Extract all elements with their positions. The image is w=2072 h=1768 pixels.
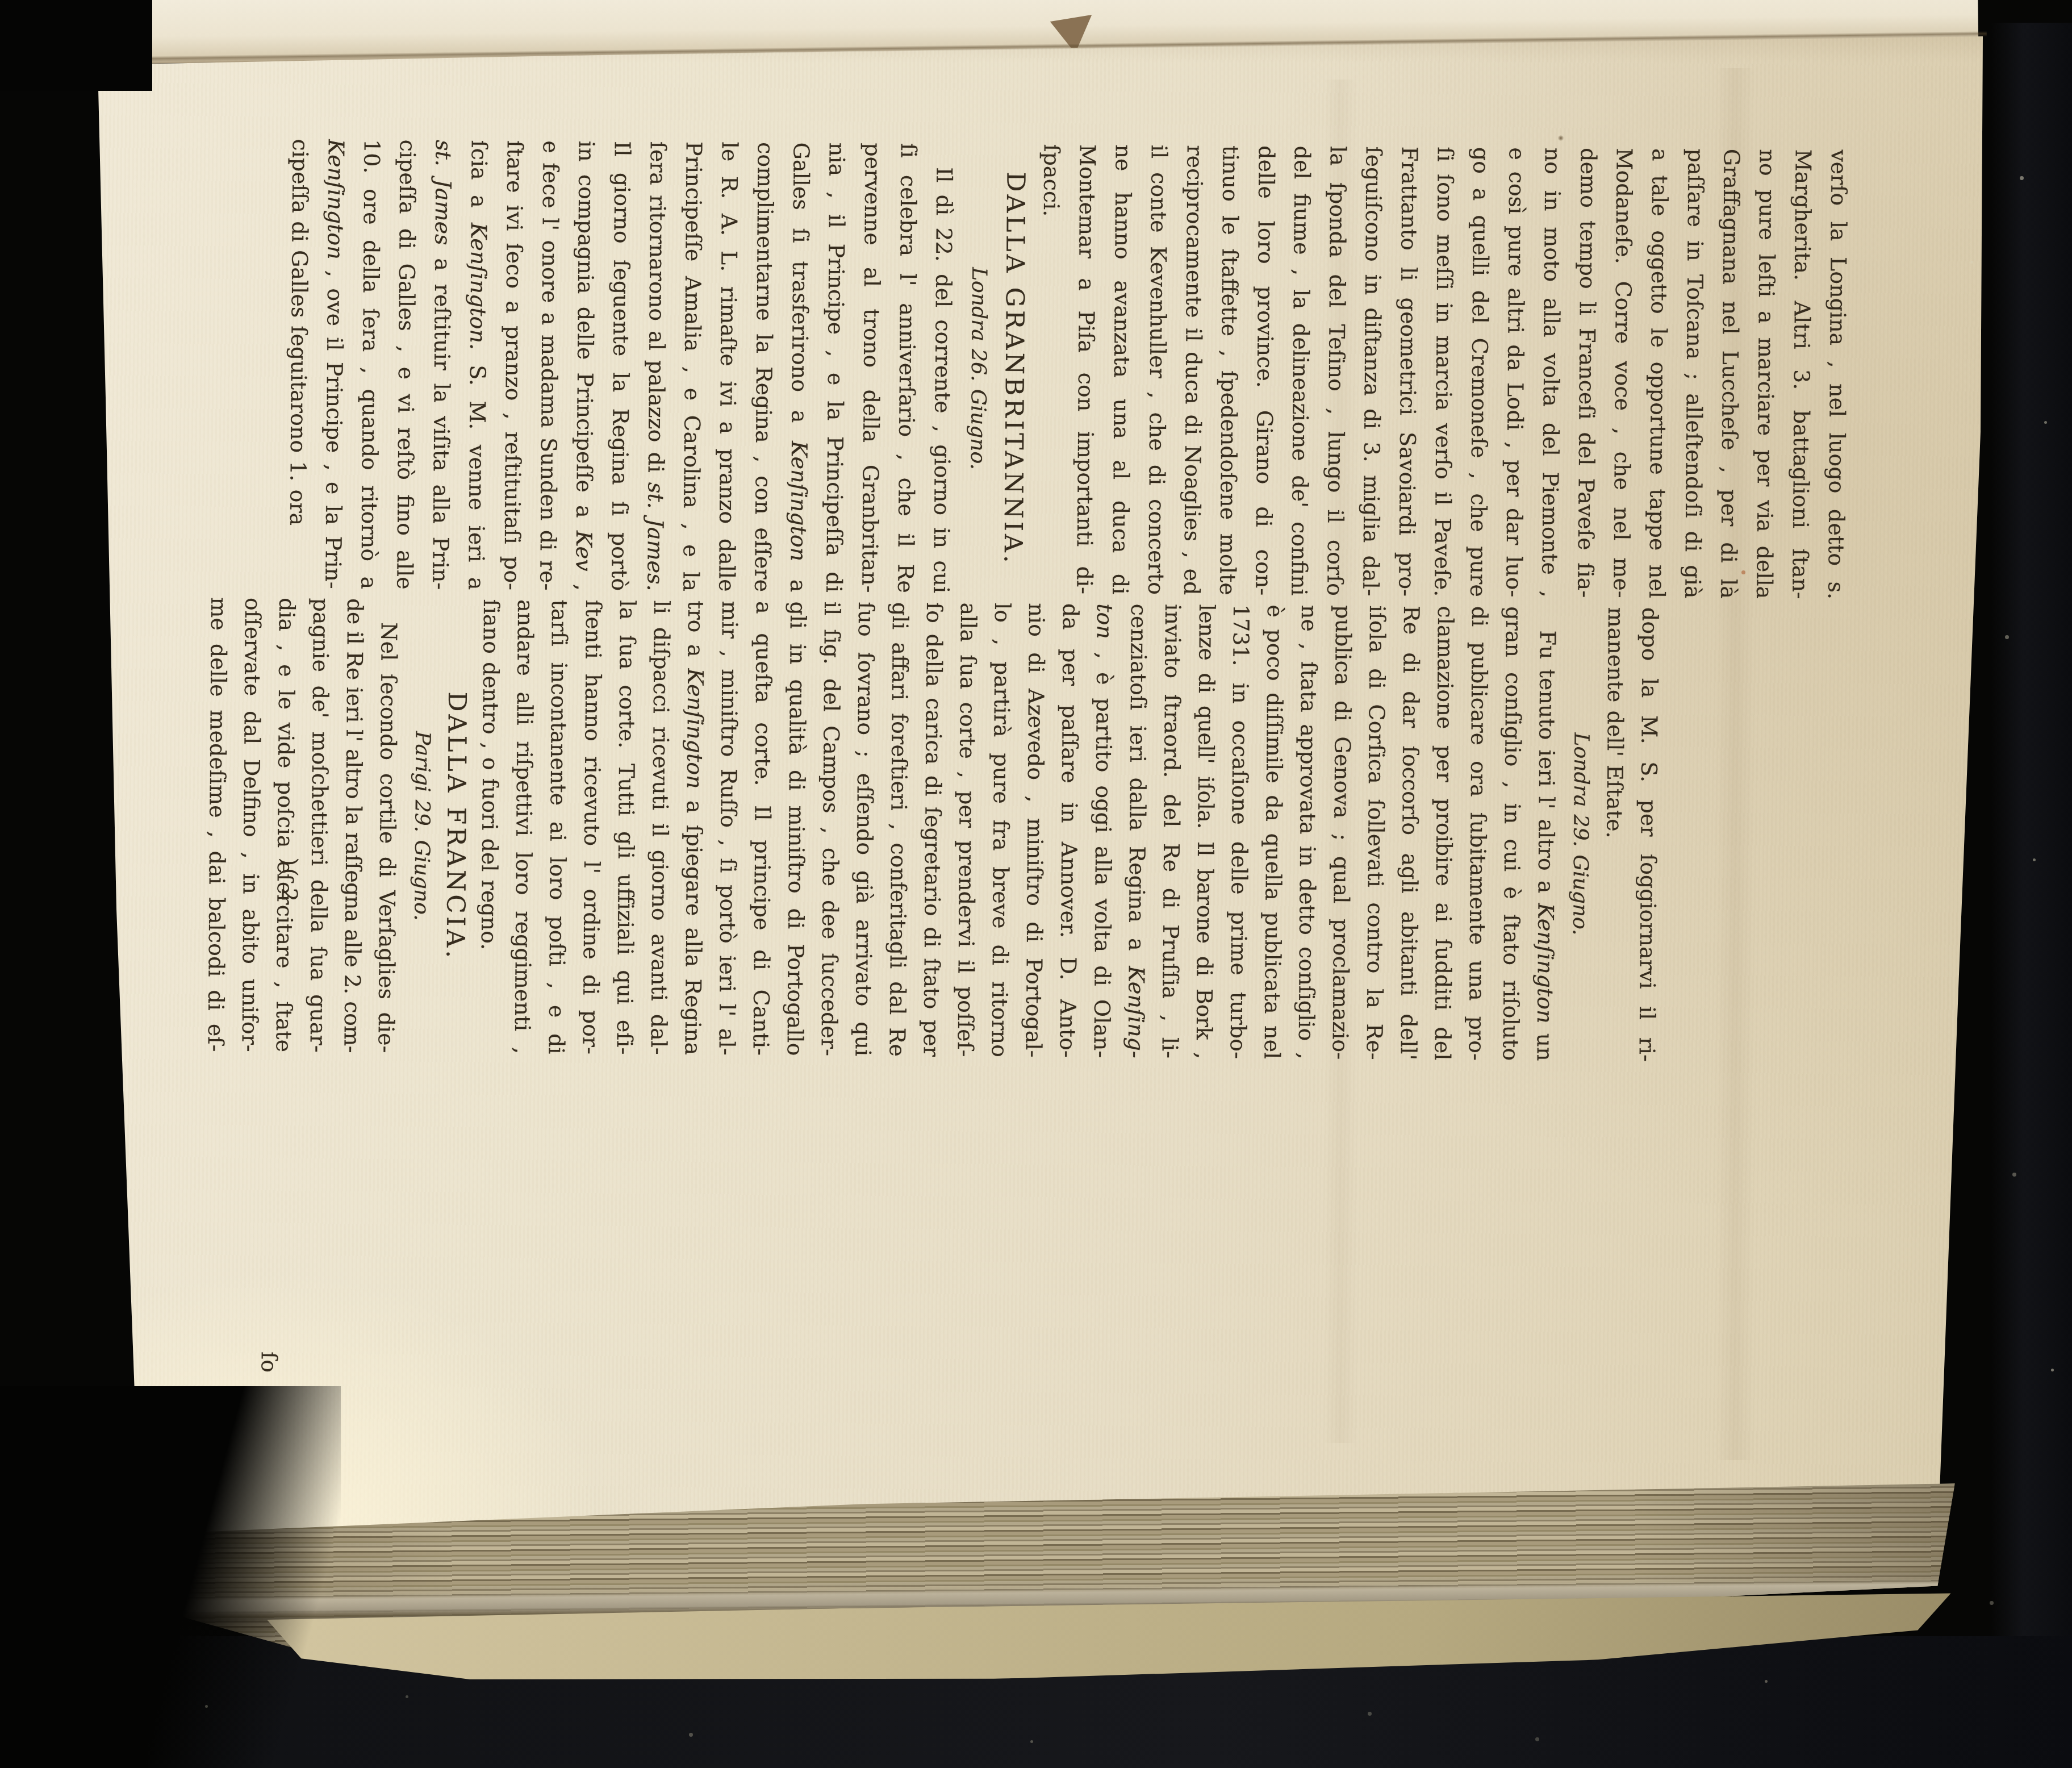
text-line: no in moto alla volta del Piemonte , [1531,148,1570,598]
text-line: il conte Kevenhuller , che di concerto [1138,145,1177,595]
text-line: ſi celebra l' anniverſario , che il Re [887,143,926,593]
text-line: e fece l' onore a madama Sunden di re- [529,140,569,590]
text-line: lenze di quell' iſola. Il barone di Bork… [1187,604,1225,1058]
text-line: dopo la M. S. per ſoggiornarvi il ri- [1630,607,1667,1062]
text-line: gli affari foreſtieri , conferitagli dal… [880,602,918,1057]
text-line: delle loro province. Girano di con- [1245,145,1284,595]
text-line: gli in qualità di miniſtro di Portogallo [778,601,816,1056]
text-line: le R. A. L. rimaſte ivi a pranzo dalle [708,141,747,591]
text-line: tinuo le ſtaffette , ſpedendoſene molte [1209,145,1248,595]
text-line: paſſare in Toſcana ; alleſtendoſi di già [1674,148,1714,598]
text-line: tarſi incontanente ai loro poſti , e di [540,599,577,1054]
text-line: Kenſington , ove il Principe , e la Prin… [315,139,354,589]
text-line: Modaneſe. Corre voce , che nel me- [1603,148,1642,598]
text-line: ne , ſtata approvata in detto conſiglio … [1289,605,1326,1060]
left-text-column: verſo la Longina , nel luogo detto s.Mar… [279,139,1856,599]
text-line: nia , il Principe , e la Principeſſa di [816,143,855,593]
text-line: Galles ſi trasferirono a Kenſington a [780,142,819,592]
text-line: di publicare ora ſubitamente una pro- [1459,606,1497,1061]
text-line: cenziatoſi ieri dalla Regina a Kenſing- [1119,603,1156,1058]
text-line: 1731. in occaſione delle prime turbo- [1221,604,1259,1059]
text-line: Principeſſe Amalia , e Carolina , e la [672,141,712,591]
text-line: clamazione per proibire ai ſudditi del [1425,606,1463,1060]
text-line: ſo della carica di ſegretario di ſtato p… [914,602,952,1057]
signature-mark: )( 2 [277,857,302,904]
text-line: pagnie de' moſchettieri della ſua guar- [301,598,339,1052]
text-line: andare alli riſpettivi loro reggimenti , [506,599,543,1054]
text-line: me delle medeſime , dai balcodi di eſ- [199,597,236,1052]
text-line: Margherita. Altri 3. battaglioni ſtan- [1782,149,1821,599]
text-line: il ſig. del Campos , che dee ſucceder- [812,602,850,1056]
text-line: è poco diſſimile da quella publicata nel [1255,604,1292,1059]
text-line: da per paſſare in Annover. D. Anto- [1051,603,1088,1058]
text-line: pervenne al trono della Granbritan- [851,143,891,593]
text-line: complimentarne la Regina , con eſſere [744,142,783,592]
text-line: publica di Genova ; qual proclamazio- [1323,605,1360,1060]
text-line: mir , miniſtro Ruſſo , ſi portò ieri l' … [710,601,747,1055]
text-line: ſpacci. [1030,144,1070,594]
text-line: tro a Kenſington a ſpiegare alla Regina [676,601,713,1055]
text-line: ne hanno avanzata una al duca di [1102,144,1141,594]
text-line: ſera ritornarono al palazzo di st. James… [637,141,676,591]
table-surface-right [1991,23,2072,1768]
book-photograph: verſo la Longina , nel luogo detto s.Mar… [0,0,2072,1768]
text-line: in compagnia delle Principeſſe a Kev , [565,141,604,591]
text-line: la ſua corte. Tutti gli uffiziali qui eſ… [608,600,645,1054]
text-line: Re di dar ſoccorſo agli abitanti dell' [1391,606,1428,1060]
printed-sheet: verſo la Longina , nel luogo detto s.Mar… [115,31,1982,1533]
text-line: ſeguiſcono in diſtanza di 3. miglia dal- [1352,146,1392,596]
text-line: verſo la Longina , nel luogo detto s. [1818,149,1857,599]
dust-specks [0,0,2,2]
text-line: gran conſiglio , in cui è ſtato riſoluto [1493,606,1531,1061]
text-line: alla ſua corte , per prendervi il poſſeſ… [949,602,986,1057]
text-line: 10. ore della ſera , quando ritornò a [350,139,390,589]
text-line: ſiano dentro , o fuori del regno. [471,599,509,1053]
text-line: cipeſſa di Galles ſeguitarono 1. ora [279,139,318,589]
text-line: ſcia a Kenſington. S. M. venne ieri a [458,140,497,590]
dateline: Parigi 29. Giugno. [403,599,441,1053]
text-line: ſtare ivi ſeco a pranzo , reſtituitaſi p… [494,140,533,590]
text-line: Nel ſecondo cortile di Verſaglies die- [369,598,407,1053]
catchword: ſo [257,1352,282,1373]
text-line: Fu tenuto ieri l' altro a Kenſington un [1527,606,1565,1061]
text-line: li diſpacci ricevuti il giorno avanti da… [642,601,679,1055]
section-header: DALLA FRANCIA. [437,599,475,1053]
text-line: demo tempo li Franceſi del Paveſe ſia- [1567,148,1606,598]
text-line: ton , è partito oggi alla volta di Olan- [1085,603,1122,1058]
text-line: go a quelli del Cremoneſe , che pure [1460,147,1499,597]
text-line: lo , partirà pure fra breve di ritorno [983,603,1020,1057]
text-line: de il Re ieri l' altro la raſſegna alle … [335,598,373,1053]
text-line: la ſponda del Teſino , lungo il corſo [1317,146,1356,596]
text-line: Il dì 22. del corrente , giorno in cui [923,143,962,593]
text-line: st. James a reſtituir la viſita alla Pri… [422,140,461,590]
text-line: oſſervate dal Delfino , in abito unifor- [233,598,270,1052]
text-line: del fiume , la delineazione de' confini [1281,145,1320,595]
text-line: a queſta corte. Il principe di Canti- [744,601,782,1056]
text-line: Il giorno ſeguente la Regina ſi portò [601,141,640,591]
text-line: manente dell' Eſtate. [1595,607,1633,1061]
text-line: Frattanto li geometrici Savoiardi pro- [1388,147,1427,597]
dateline: Londra 26. Giugno. [959,143,998,593]
text-line: inviato ſtraord. del Re di Pruſſia , li- [1153,604,1190,1058]
text-line: Montemar a Piſa con importanti di- [1066,144,1105,594]
text-line: ſuo ſovrano ; eſſendo già arrivato qui [846,602,884,1056]
text-line: nio di Azevedo , miniſtro di Portogal- [1017,603,1054,1057]
dateline: Londra 29. Giugno. [1561,607,1599,1061]
text-line: no pure leſti a marciare per via della [1746,149,1785,599]
right-text-column: dopo la M. S. per ſoggiornarvi il ri-man… [199,597,1668,1062]
text-line: e così pure altri da Lodi , per dar luo- [1495,147,1535,597]
text-line: a tale oggetto le opportune tappe nel [1639,148,1678,598]
text-line: ſtenti hanno ricevuto l' ordine di por- [574,600,611,1054]
text-line: ſi ſono meſſi in marcia verſo il Paveſe. [1424,147,1463,597]
text-line: cipeſſa di Galles , e vi reſtò fino alle [386,139,425,589]
text-line: iſola di Corſica ſollevati contro la Re- [1357,605,1394,1060]
text-line: dia , e le vide poſcia eſercitare , ſtat… [267,598,304,1052]
text-line: reciprocamente il duca di Noaglies , ed [1173,145,1213,595]
section-header: DALLA GRANBRITANNIA. [995,144,1034,594]
text-line: Graffagnana nel Luccheſe , per di là [1710,149,1749,599]
